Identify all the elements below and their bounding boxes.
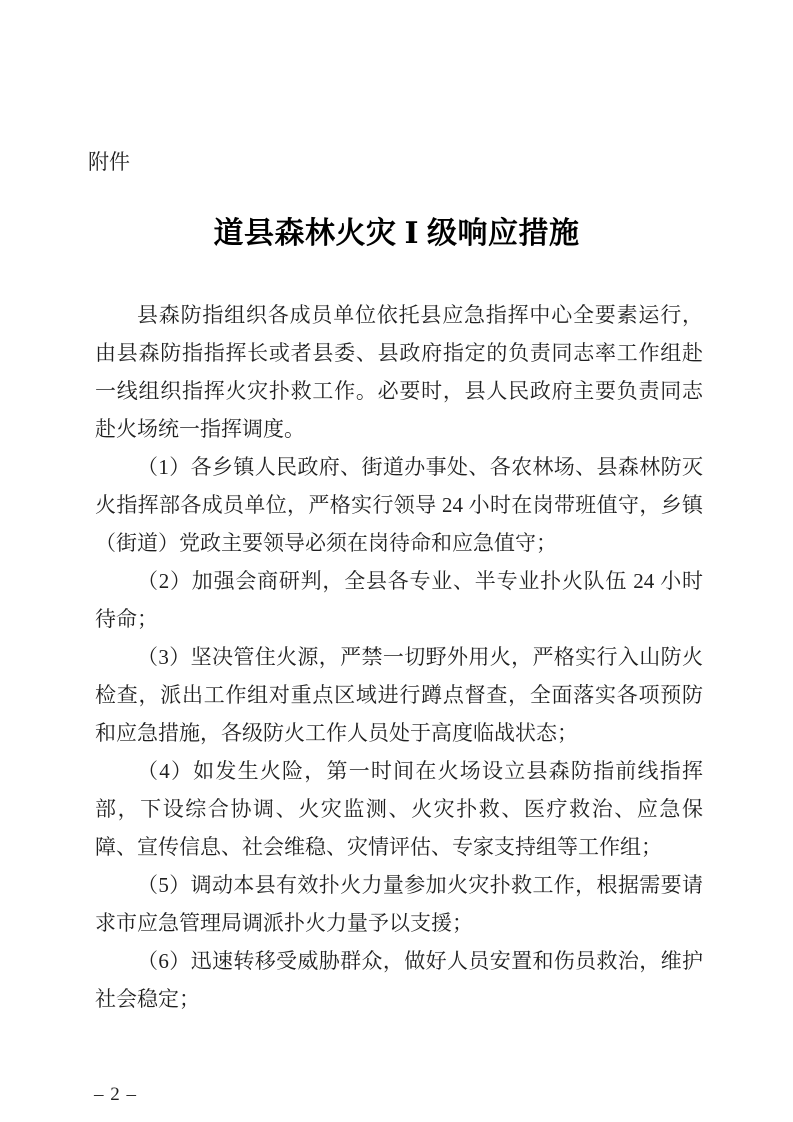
body-paragraph-item-5: （5）调动本县有效扑火力量参加火灾扑救工作，根据需要请求市应急管理局调派扑火力量… [95,866,703,942]
body-paragraph-item-1: （1）各乡镇人民政府、街道办事处、各农林场、县森林防灭火指挥部各成员单位，严格实… [95,448,703,562]
body-paragraph-intro: 县森防指组织各成员单位依托县应急指挥中心全要素运行，由县森防指指挥长或者县委、县… [95,296,703,448]
body-paragraph-item-2: （2）加强会商研判，全县各专业、半专业扑火队伍 24 小时待命； [95,562,703,638]
page-number: – 2 – [94,1082,137,1108]
document-page: 附件 道县森林火灾 Ⅰ 级响应措施 县森防指组织各成员单位依托县应急指挥中心全要… [0,0,793,1122]
document-body: 县森防指组织各成员单位依托县应急指挥中心全要素运行，由县森防指指挥长或者县委、县… [95,296,703,1018]
body-paragraph-item-4: （4）如发生火险，第一时间在火场设立县森防指前线指挥部，下设综合协调、火灾监测、… [95,752,703,866]
body-paragraph-item-3: （3）坚决管住火源，严禁一切野外用火，严格实行入山防火检查，派出工作组对重点区域… [95,638,703,752]
document-title: 道县森林火灾 Ⅰ 级响应措施 [0,212,793,256]
body-paragraph-item-6: （6）迅速转移受威胁群众，做好人员安置和伤员救治，维护社会稳定； [95,942,703,1018]
attachment-label: 附件 [88,148,130,176]
